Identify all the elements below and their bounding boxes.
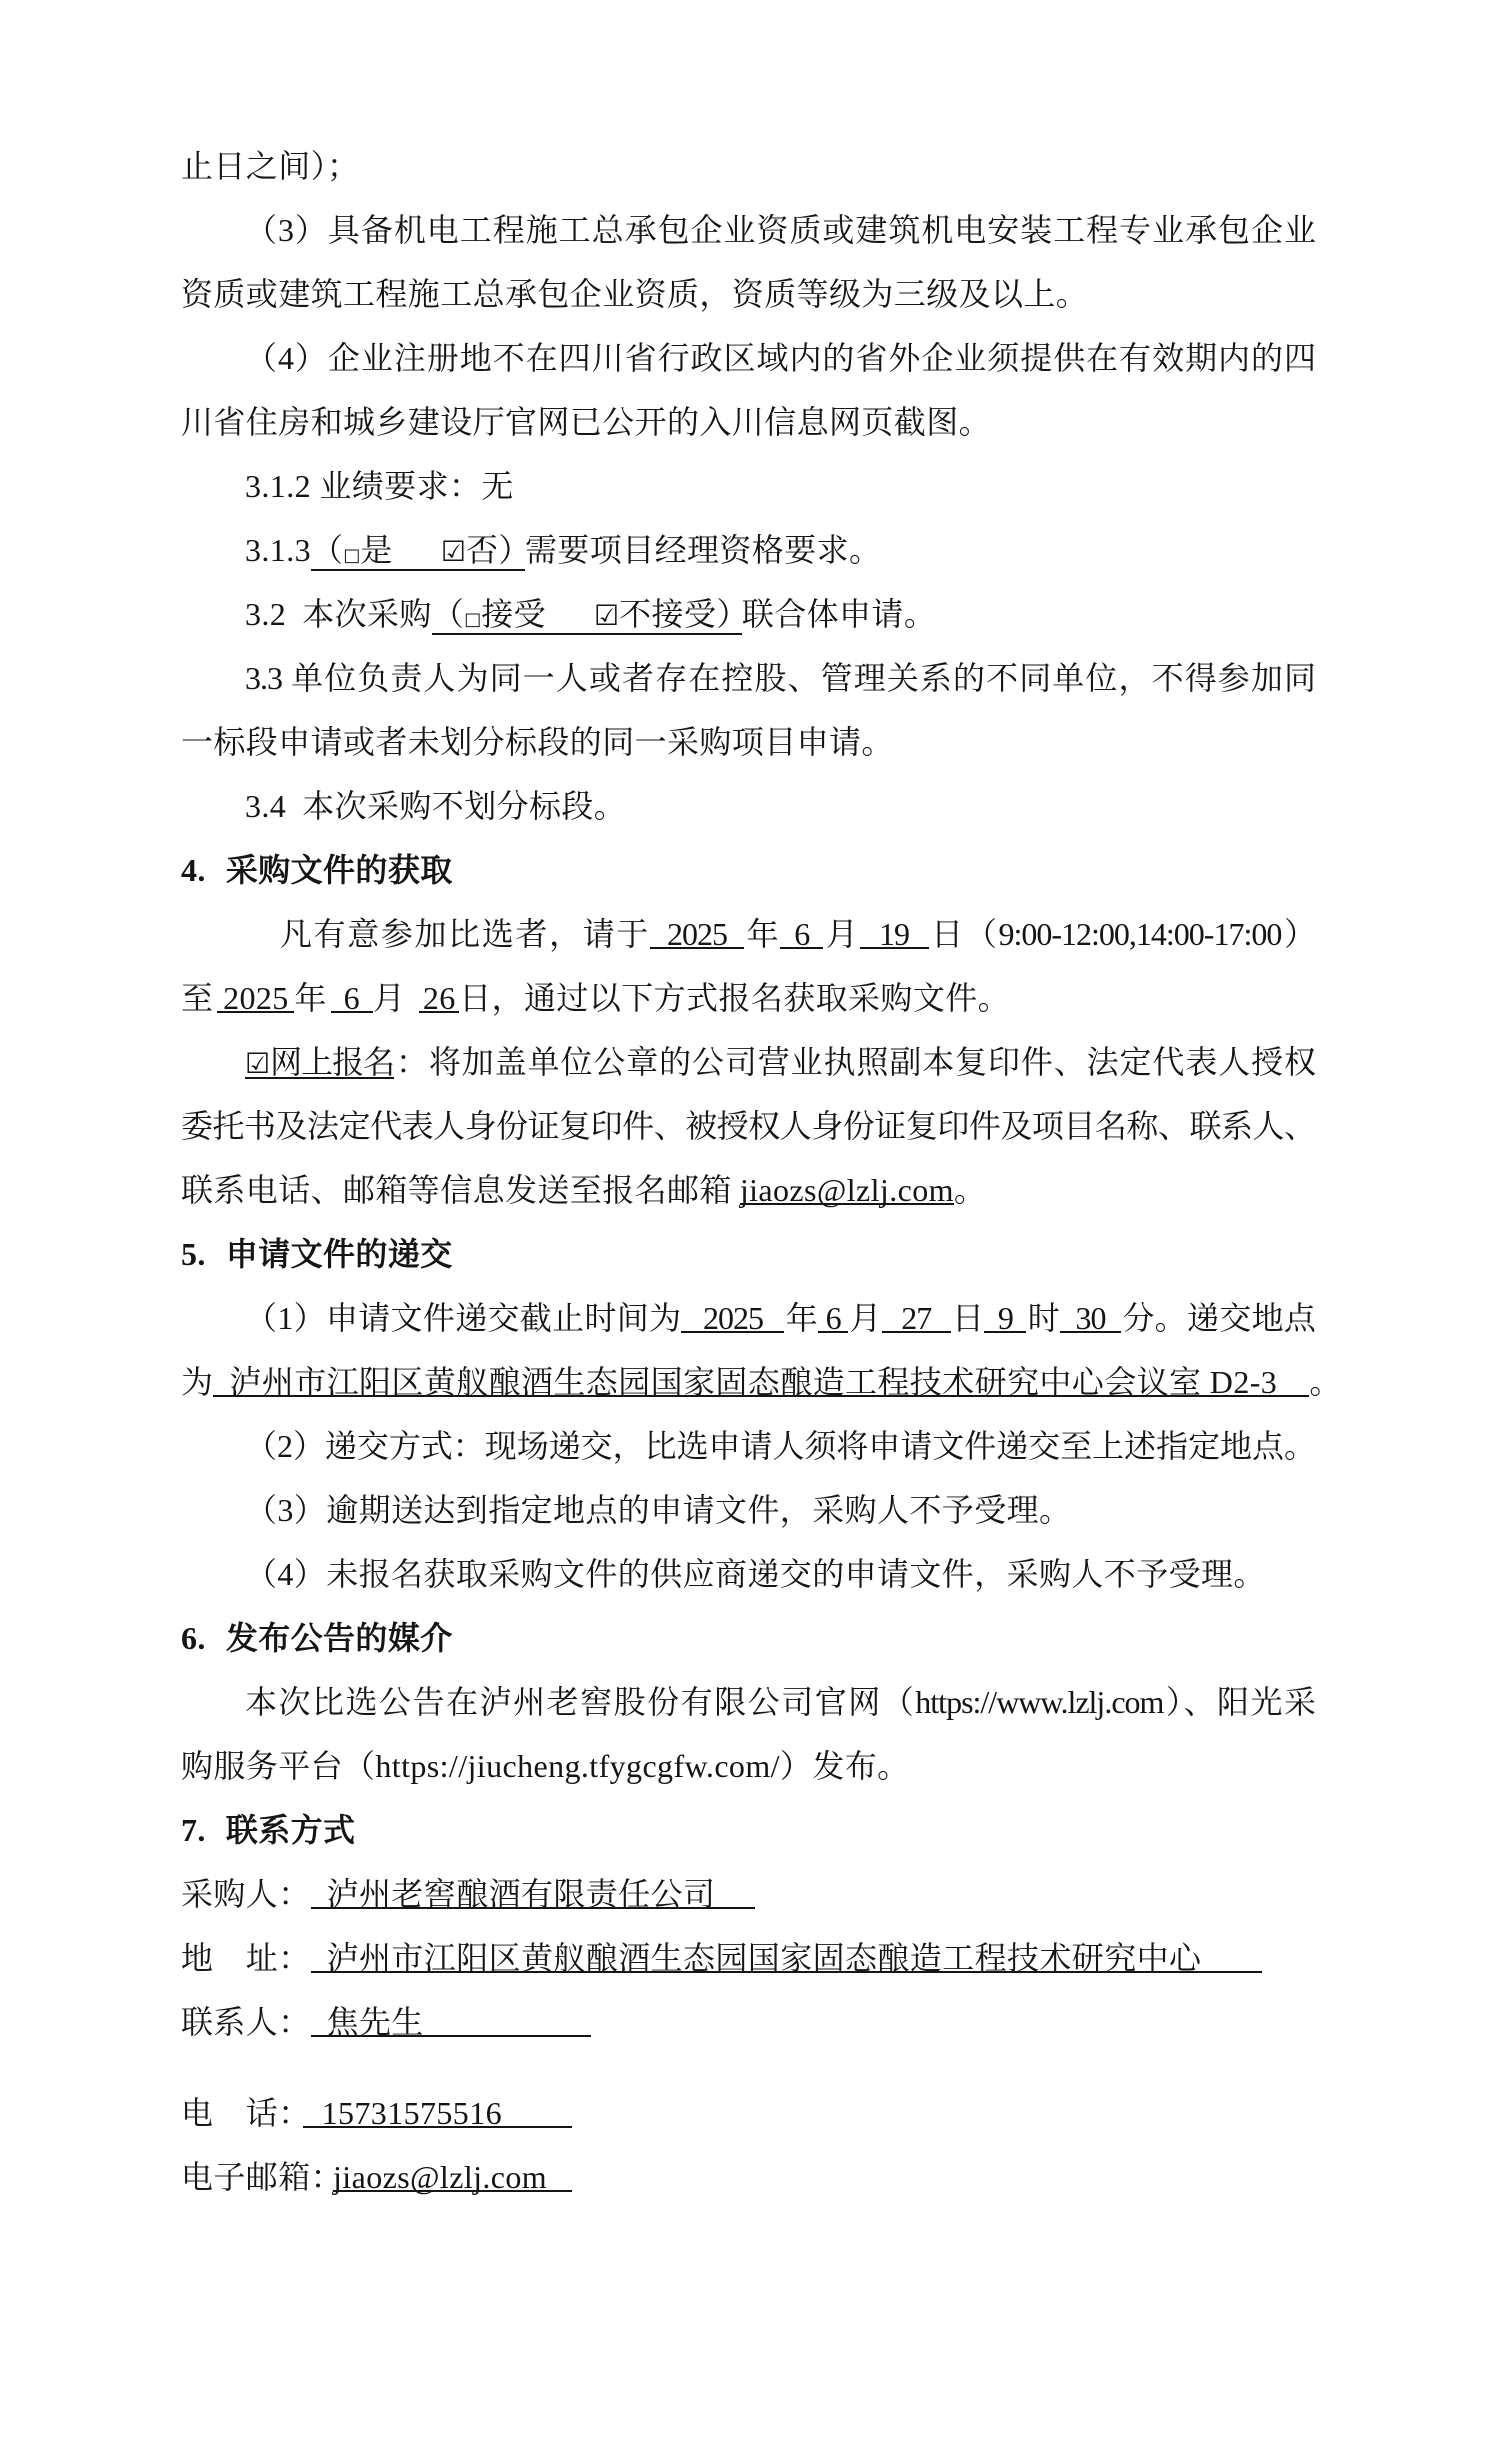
qualification-item-3-line-1: （3）具备机电工程施工总承包企业资质或建筑机电安装工程专业承包企业 [181,198,1315,262]
unit-day: 日 [459,980,491,1016]
field-label: 电子邮箱： [181,2159,343,2195]
contact-address: 地 址：泸州市江阳区黄舣酿酒生态园国家固态酿造工程技术研究中心 [181,1926,1315,1990]
start-year: 2025 [650,921,744,949]
registration-tail: ，通过以下方式报名获取采购文件。 [492,980,1010,1016]
unit-month: 月 [373,980,405,1016]
section-title: 发布公告的媒介 [226,1620,453,1656]
unit-year: 年 [294,980,326,1016]
consortium-options: （□接受☑不接受） [432,601,742,635]
submission-location: 为泸州市江阳区黄舣酿酒生态园国家固态酿造工程技术研究中心会议室 D2-3。 [181,1350,1315,1414]
sentence-end: 。 [954,1172,986,1208]
publication-media-line-1: 本次比选公告在泸州老窖股份有限公司官网（https://www.lzlj.com… [181,1670,1315,1734]
unit-day: 日 [951,1300,985,1336]
conflict-rule-line-1: 3.3 单位负责人为同一人或者存在控股、管理关系的不同单位，不得参加同 [181,646,1315,710]
option-label-no: 否 [466,532,498,568]
field-label: 采购人： [181,1876,311,1912]
registration-to: 至 [181,980,213,1016]
unit-day: 日 [929,916,965,952]
deadline-year: 2025 [681,1305,784,1333]
online-registration-label: 网上报名 [270,1044,394,1080]
section-7-heading: 7.联系方式 [181,1798,1315,1862]
paren-open: （ [432,596,464,632]
end-year: 2025 [217,985,294,1013]
section-title: 申请文件的递交 [226,1236,453,1272]
unit-month: 月 [823,916,859,952]
start-day: 19 [860,921,929,949]
unit-minute: 分 [1121,1300,1155,1336]
start-month: 6 [780,921,823,949]
field-label: 地 址： [181,1940,311,1976]
deadline-minute: 30 [1060,1305,1121,1333]
deadline-lead: （1）申请文件递交截止时间为 [245,1300,681,1336]
submission-deadline: （1）申请文件递交截止时间为2025年6月27日9时30分。递交地点 [181,1286,1315,1350]
section-number: 6. [181,1620,206,1656]
section-title: 联系方式 [226,1812,356,1848]
unit-month: 月 [848,1300,882,1336]
deadline-hour: 9 [984,1305,1026,1333]
registration-hours: （9:00-12:00,14:00-17:00） [965,916,1315,952]
contact-email: 电子邮箱：jiaozs@lzlj.com [181,2145,1315,2209]
purchaser-value: 泸州老窖酿酒有限责任公司 [311,1881,755,1909]
contact-person: 联系人：焦先生 [181,1990,1315,2054]
online-registration-text: 联系电话、邮箱等信息发送至报名邮箱 [181,1172,732,1208]
qualification-item-4-line-1: （4）企业注册地不在四川省行政区域内的省外企业须提供在有效期内的四 [181,326,1315,390]
registration-period-end: 至2025年6月26日，通过以下方式报名获取采购文件。 [181,966,1315,1030]
unit-year: 年 [744,916,780,952]
pm-requirement-options: （□是☑否） [311,537,525,571]
online-registration-line-3: 联系电话、邮箱等信息发送至报名邮箱jiaozs@lzlj.com。 [181,1158,1315,1222]
section-4-heading: 4.采购文件的获取 [181,838,1315,902]
clause-number: 3.4 [245,788,286,824]
clause-number: 3.1.3 [245,532,311,568]
deadline-tail: 。递交地点 [1155,1300,1315,1336]
online-registration-line-1: ☑网上报名：将加盖单位公章的公司营业执照副本复印件、法定代表人授权 [181,1030,1315,1094]
conflict-rule-line-2: 一标段申请或者未划分标段的同一采购项目申请。 [181,710,1315,774]
late-submission-rule: （3）逾期送达到指定地点的申请文件，采购人不予受理。 [181,1478,1315,1542]
option-label-yes: 是 [360,532,392,568]
publication-media-line-2: 购服务平台（https://jiucheng.tfygcgfw.com/）发布。 [181,1734,1315,1798]
section-number: 7. [181,1812,206,1848]
end-day: 26 [419,985,459,1013]
address-value: 泸州市江阳区黄舣酿酒生态园国家固态酿造工程技术研究中心 [311,1945,1262,1973]
document-body: 止日之间）； （3）具备机电工程施工总承包企业资质或建筑机电安装工程专业承包企业… [181,134,1315,2209]
checkbox-unchecked-icon: □ [343,545,360,566]
registration-email: jiaozs@lzlj.com [740,1177,954,1205]
sentence-end: 。 [1309,1364,1341,1400]
lots-clause: 3.4本次采购不划分标段。 [181,774,1315,838]
deadline-day: 27 [882,1305,951,1333]
submission-method: （2）递交方式：现场递交，比选申请人须将申请文件递交至上述指定地点。 [181,1414,1315,1478]
pm-requirement-text: 需要项目经理资格要求。 [525,532,881,568]
consortium-text: 联合体申请。 [742,596,936,632]
clause-number: 3.2 [245,596,286,632]
qualification-continuation: 止日之间）； [181,134,1315,198]
section-number: 4. [181,852,206,888]
consortium-lead: 本次采购 [302,596,432,632]
contact-purchaser: 采购人：泸州老窖酿酒有限责任公司 [181,1862,1315,1926]
performance-requirement: 3.1.2 业绩要求：无 [181,454,1315,518]
location-value: 泸州市江阳区黄舣酿酒生态园国家固态酿造工程技术研究中心会议室 D2-3 [213,1369,1309,1397]
pm-requirement-clause: 3.1.3（□是☑否）需要项目经理资格要求。 [181,518,1315,582]
section-5-heading: 5.申请文件的递交 [181,1222,1315,1286]
qualification-item-3-line-2: 资质或建筑工程施工总承包企业资质，资质等级为三级及以上。 [181,262,1315,326]
phone-value: 15731575516 [303,2100,572,2128]
end-month: 6 [331,985,373,1013]
section-6-heading: 6.发布公告的媒介 [181,1606,1315,1670]
unit-hour: 时 [1026,1300,1060,1336]
checkbox-checked-icon: ☑ [594,599,619,632]
paren-open: （ [311,532,343,568]
email-value: jiaozs@lzlj.com [333,2164,572,2192]
unit-year: 年 [784,1300,818,1336]
registration-period-start: 凡有意参加比选者，请于2025年6月19日（9:00-12:00,14:00-1… [181,902,1315,966]
location-prefix: 为 [181,1364,213,1400]
consortium-clause: 3.2本次采购（□接受☑不接受）联合体申请。 [181,582,1315,646]
document-page: 止日之间）； （3）具备机电工程施工总承包企业资质或建筑机电安装工程专业承包企业… [0,0,1500,2462]
field-label: 电 话： [181,2095,311,2131]
contact-person-value: 焦先生 [311,2009,591,2037]
checkbox-checked-icon: ☑ [245,1047,270,1080]
online-registration-option: ☑网上报名 [245,1049,394,1079]
field-label: 联系人： [181,2004,311,2040]
online-registration-line-2: 委托书及法定代表人身份证复印件、被授权人身份证复印件及项目名称、联系人、 [181,1094,1315,1158]
online-registration-text: ：将加盖单位公章的公司营业执照副本复印件、法定代表人授权 [394,1044,1315,1080]
qualification-item-4-line-2: 川省住房和城乡建设厅官网已公开的入川信息网页截图。 [181,390,1315,454]
option-label-not-accept: 不接受 [619,596,716,632]
contact-phone: 电 话：15731575516 [181,2081,1315,2145]
lots-text: 本次采购不划分标段。 [302,788,626,824]
section-number: 5. [181,1236,206,1272]
unregistered-submission-rule: （4）未报名获取采购文件的供应商递交的申请文件，采购人不予受理。 [181,1542,1315,1606]
deadline-month: 6 [818,1305,848,1333]
checkbox-checked-icon: ☑ [441,535,466,568]
section-title: 采购文件的获取 [226,852,453,888]
checkbox-unchecked-icon: □ [464,609,481,630]
registration-lead: 凡有意参加比选者，请于 [280,916,650,952]
option-label-accept: 接受 [481,596,546,632]
